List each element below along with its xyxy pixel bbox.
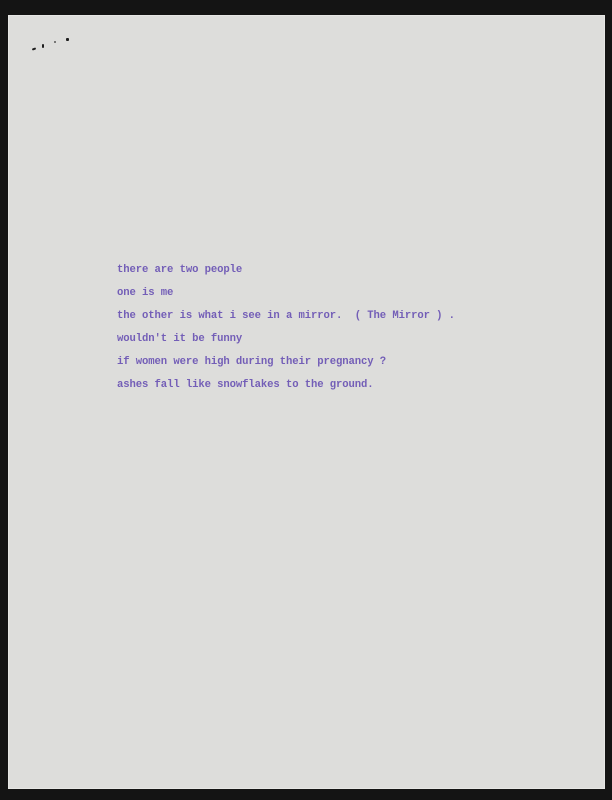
ink-specks [30, 35, 80, 55]
poem-line: if women were high during their pregnanc… [117, 351, 455, 374]
poem-line: ashes fall like snowflakes to the ground… [117, 374, 455, 397]
poem-line: one is me [117, 282, 455, 305]
ink-speck [66, 38, 69, 41]
poem-line: the other is what i see in a mirror. ( T… [117, 305, 455, 328]
poem-line: there are two people [117, 259, 455, 282]
ink-speck [32, 47, 36, 50]
poem-text: there are two people one is me the other… [117, 259, 455, 397]
ink-speck [54, 41, 56, 43]
poem-line: wouldn't it be funny [117, 328, 455, 351]
typewritten-page: there are two people one is me the other… [8, 15, 605, 789]
ink-speck [42, 44, 44, 48]
